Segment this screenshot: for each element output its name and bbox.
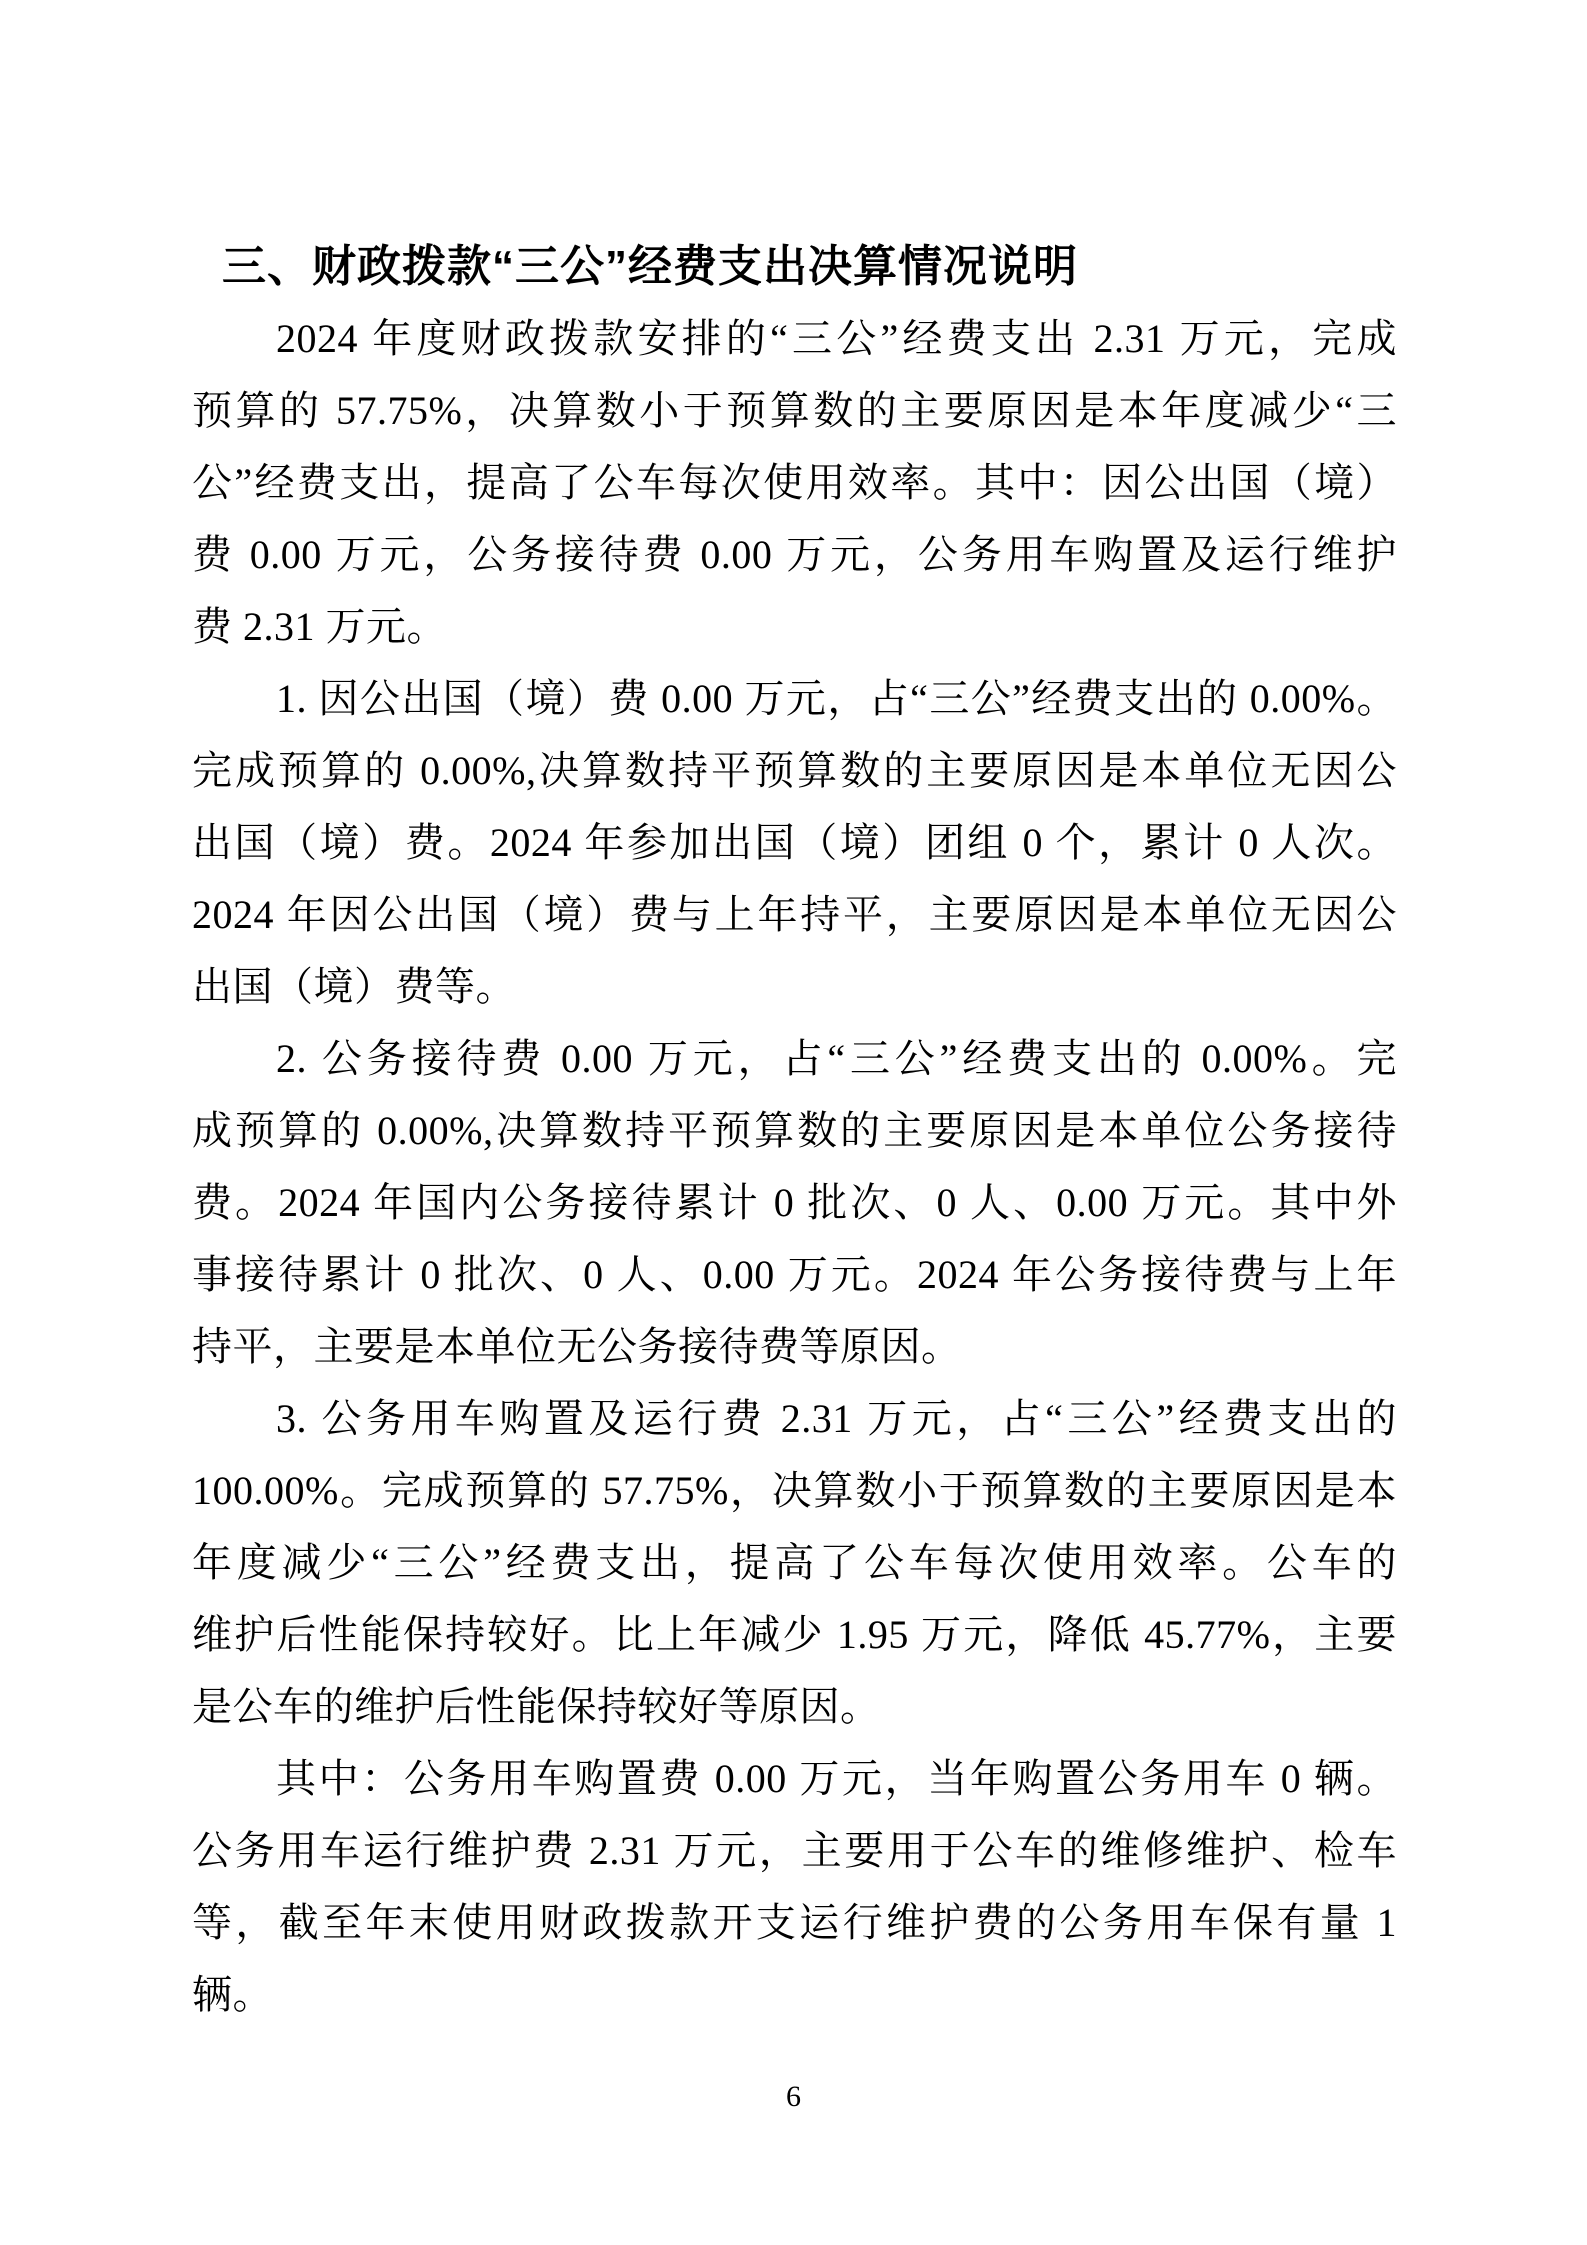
paragraph-5: 其中：公务用车购置费 0.00 万元，当年购置公务用车 0 辆。 公务用车运行维… (192, 1743, 1397, 2031)
text-line: 费 2.31 万元。 (192, 591, 1397, 663)
text-line: 费。2024 年国内公务接待累计 0 批次、0 人、0.00 万元。其中外 (192, 1167, 1397, 1239)
page: { "document": { "title": "三、财政拨款“三公”经费支出… (0, 0, 1587, 2245)
text-line: 出国（境）费等。 (192, 951, 1397, 1023)
text-line: 辆。 (192, 1959, 1397, 2031)
text-line: 出国（境）费。2024 年参加出国（境）团组 0 个，累计 0 人次。 (192, 807, 1397, 879)
page-number: 6 (0, 2076, 1587, 2118)
text-line: 完成预算的 0.00%,决算数持平预算数的主要原因是本单位无因公 (192, 735, 1397, 807)
paragraph-1: 2024 年度财政拨款安排的“三公”经费支出 2.31 万元，完成 预算的 57… (192, 303, 1397, 663)
section-heading: 三、财政拨款“三公”经费支出决算情况说明 (192, 231, 1397, 303)
text-line: 费 0.00 万元，公务接待费 0.00 万元，公务用车购置及运行维护 (192, 519, 1397, 591)
text-line: 2024 年度财政拨款安排的“三公”经费支出 2.31 万元，完成 (192, 303, 1397, 375)
text-line: 3. 公务用车购置及运行费 2.31 万元，占“三公”经费支出的 (192, 1383, 1397, 1455)
text-line: 等，截至年末使用财政拨款开支运行维护费的公务用车保有量 1 (192, 1887, 1397, 1959)
text-line: 事接待累计 0 批次、0 人、0.00 万元。2024 年公务接待费与上年 (192, 1239, 1397, 1311)
text-line: 公”经费支出，提高了公车每次使用效率。其中：因公出国（境） (192, 447, 1397, 519)
text-line: 公务用车运行维护费 2.31 万元，主要用于公车的维修维护、检车 (192, 1815, 1397, 1887)
text-line: 2. 公务接待费 0.00 万元，占“三公”经费支出的 0.00%。完 (192, 1023, 1397, 1095)
text-line: 持平，主要是本单位无公务接待费等原因。 (192, 1311, 1397, 1383)
text-line: 2024 年因公出国（境）费与上年持平，主要原因是本单位无因公 (192, 879, 1397, 951)
text-line: 维护后性能保持较好。比上年减少 1.95 万元，降低 45.77%，主要 (192, 1599, 1397, 1671)
paragraph-4: 3. 公务用车购置及运行费 2.31 万元，占“三公”经费支出的 100.00%… (192, 1383, 1397, 1743)
document-body: 三、财政拨款“三公”经费支出决算情况说明 2024 年度财政拨款安排的“三公”经… (192, 231, 1397, 2031)
text-line: 其中：公务用车购置费 0.00 万元，当年购置公务用车 0 辆。 (192, 1743, 1397, 1815)
text-line: 预算的 57.75%，决算数小于预算数的主要原因是本年度减少“三 (192, 375, 1397, 447)
text-line: 100.00%。完成预算的 57.75%，决算数小于预算数的主要原因是本 (192, 1455, 1397, 1527)
text-line: 1. 因公出国（境）费 0.00 万元，占“三公”经费支出的 0.00%。 (192, 663, 1397, 735)
paragraph-3: 2. 公务接待费 0.00 万元，占“三公”经费支出的 0.00%。完 成预算的… (192, 1023, 1397, 1383)
text-line: 年度减少“三公”经费支出，提高了公车每次使用效率。公车的 (192, 1527, 1397, 1599)
text-line: 成预算的 0.00%,决算数持平预算数的主要原因是本单位公务接待 (192, 1095, 1397, 1167)
text-line: 是公车的维护后性能保持较好等原因。 (192, 1671, 1397, 1743)
paragraph-2: 1. 因公出国（境）费 0.00 万元，占“三公”经费支出的 0.00%。 完成… (192, 663, 1397, 1023)
